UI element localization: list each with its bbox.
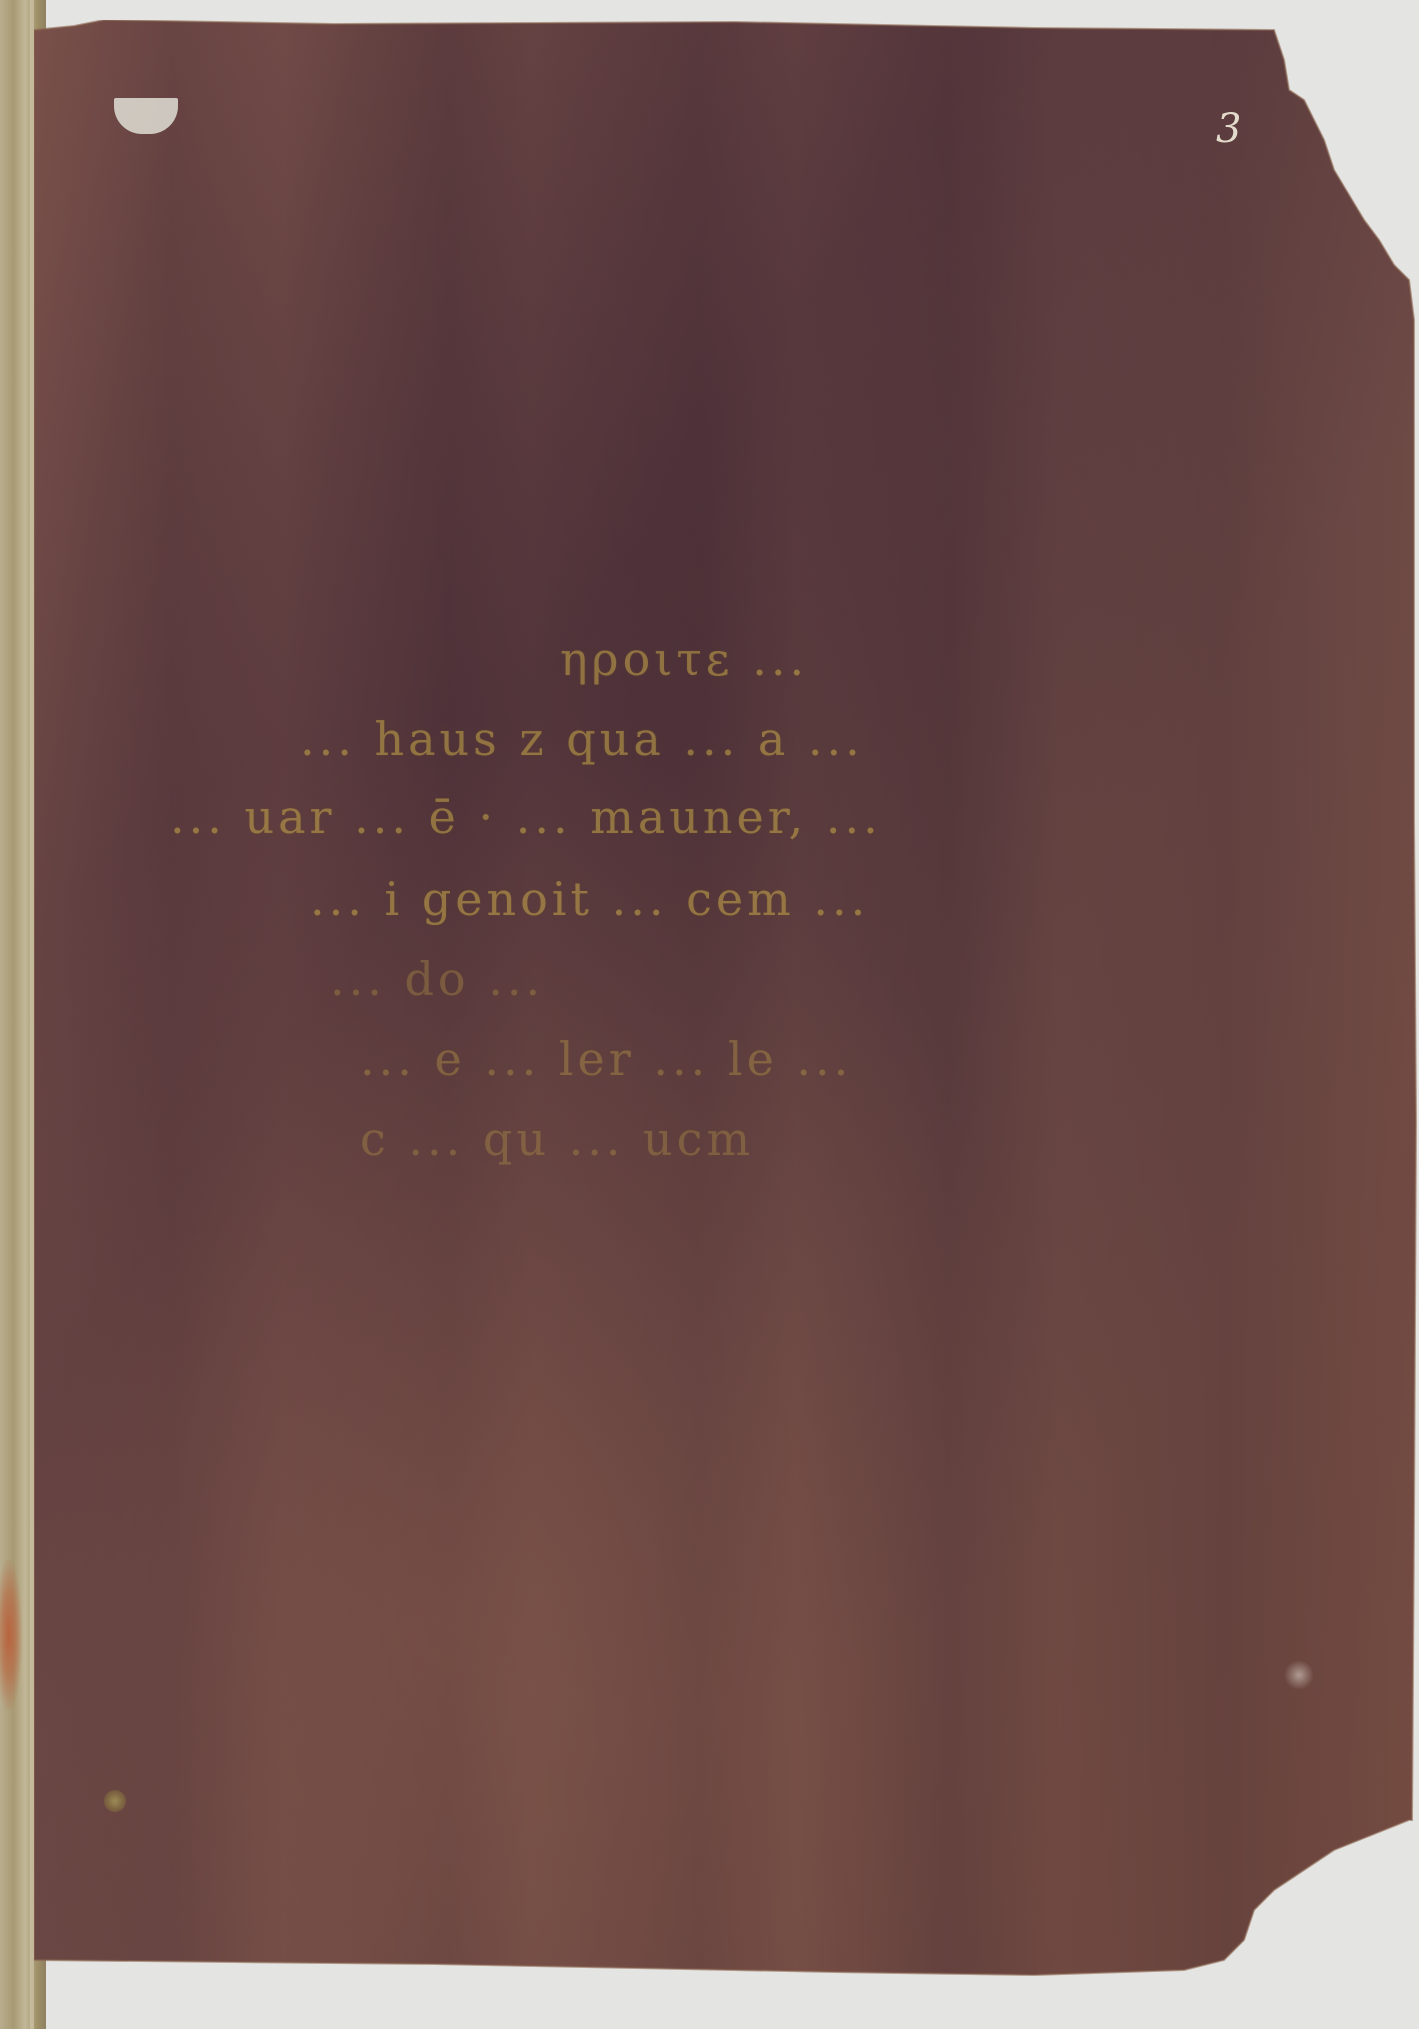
text-line: ... i genoit ... cem ... [310,872,869,926]
folio-number: 3 [1216,106,1241,152]
red-stain-mark [0,1560,22,1710]
text-line: ... do ... [330,952,544,1006]
text-line: ... uar ... ē · ... mauner, ... [170,790,882,844]
manuscript-photograph: 3 ηροιτε ... ... haus z qua ... a ... ..… [0,0,1419,2029]
purple-parchment-leaf: 3 ηροιτε ... ... haus z qua ... a ... ..… [34,20,1419,2015]
text-line: ... haus z qua ... a ... [300,712,864,766]
text-line: c ... qu ... ucm [360,1112,754,1166]
gold-text-block: 3 ηροιτε ... ... haus z qua ... a ... ..… [34,20,1419,2015]
text-line: ... e ... ler ... le ... [360,1032,852,1086]
text-line: ηροιτε ... [560,632,808,686]
